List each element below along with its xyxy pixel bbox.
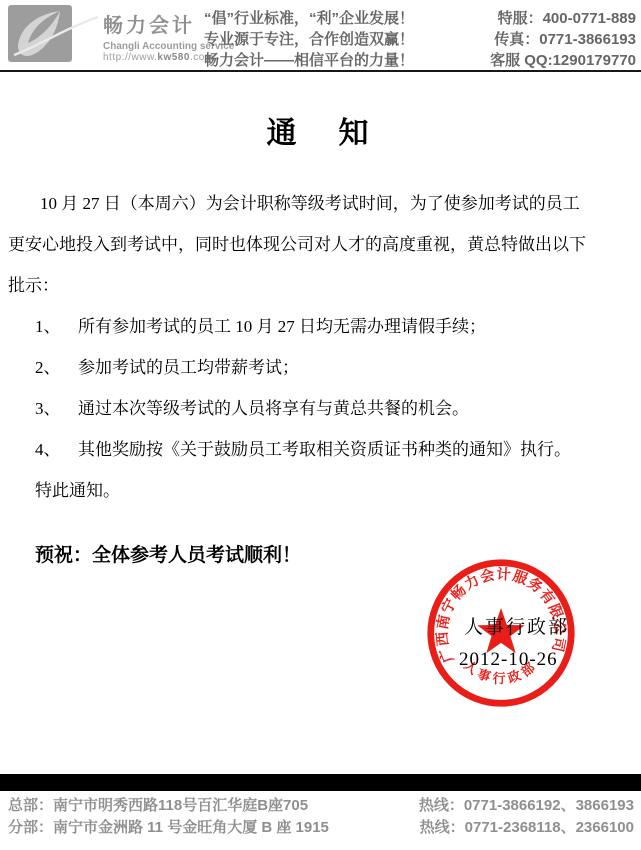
list-item-number: 2、 (35, 347, 78, 388)
slogan-block: “倡”行业标准，“利”企业发展！ 专业源于专注，合作创造双赢！ 畅力会计——相信… (204, 8, 414, 71)
paragraph-line: 10 月 27 日（本周六）为会计职称等级考试时间，为了使参加考试的员工 (8, 183, 636, 224)
company-logo (8, 5, 100, 65)
paragraph-line: 更安心地投入到考试中，同时也体现公司对人才的高度重视，黄总特做出以下 (8, 224, 636, 265)
slogan-line-1: “倡”行业标准，“利”企业发展！ (204, 8, 414, 29)
footer-row-headquarters: 总部：南宁市明秀西路118号百汇华庭B座705 热线：0771-3866192、… (8, 795, 634, 817)
hq-hotline: 热线：0771-3866192、3866193 (419, 795, 634, 817)
contact-block: 特服：400-0771-889 传真：0771-3866193 客服 QQ:12… (490, 8, 636, 71)
notice-page: 畅力会计 Changli Accounting service http://w… (0, 0, 641, 850)
list-item-number: 3、 (35, 388, 78, 429)
signature-department: 人事行政部 (464, 612, 569, 639)
slogan-line-3: 畅力会计——相信平台的力量！ (204, 50, 414, 71)
list-item-text: 参加考试的员工均带薪考试； (78, 358, 299, 377)
footer: 总部：南宁市明秀西路118号百汇华庭B座705 热线：0771-3866192、… (8, 795, 634, 839)
list-item-4: 4、其他奖励按《关于鼓励员工考取相关资质证书种类的通知》执行。 (8, 429, 636, 470)
footer-row-branch: 分部：南宁市金洲路 11 号金旺角大厦 B 座 1915 热线：0771-236… (8, 817, 634, 839)
notice-body: 10 月 27 日（本周六）为会计职称等级考试时间，为了使参加考试的员工 更安心… (8, 183, 636, 576)
list-item-text: 通过本次等级考试的人员将享有与黄总共餐的机会。 (78, 399, 469, 418)
list-item-3: 3、通过本次等级考试的人员将享有与黄总共餐的机会。 (8, 388, 636, 429)
contact-hotline: 特服：400-0771-889 (490, 8, 636, 29)
hq-address: 总部：南宁市明秀西路118号百汇华庭B座705 (8, 795, 308, 817)
list-item-number: 4、 (35, 429, 78, 470)
page-title: 通 知 (0, 108, 641, 152)
changli-swoosh-icon (8, 5, 100, 65)
paragraph-line: 批示： (8, 265, 636, 306)
url-domain: kw580 (157, 52, 190, 63)
slogan-line-2: 专业源于专注，合作创造双赢！ (204, 29, 414, 50)
branch-address: 分部：南宁市金洲路 11 号金旺角大厦 B 座 1915 (8, 817, 329, 839)
contact-fax: 传真：0771-3866193 (490, 29, 636, 50)
branch-hotline: 热线：0771-2368118、2366100 (420, 817, 634, 839)
signature-date: 2012-10-26 (459, 649, 558, 671)
list-item-2: 2、参加考试的员工均带薪考试； (8, 347, 636, 388)
list-item-number: 1、 (35, 306, 78, 347)
header-divider (0, 70, 641, 72)
contact-qq: 客服 QQ:1290179770 (490, 50, 636, 71)
list-item-1: 1、所有参加考试的员工 10 月 27 日均无需办理请假手续； (8, 306, 636, 347)
list-item-text: 所有参加考试的员工 10 月 27 日均无需办理请假手续； (78, 317, 486, 336)
list-item-text: 其他奖励按《关于鼓励员工考取相关资质证书种类的通知》执行。 (78, 440, 571, 459)
closing-line: 特此通知。 (8, 470, 636, 511)
footer-divider-bar (0, 774, 641, 791)
url-prefix: http://www. (103, 52, 157, 63)
